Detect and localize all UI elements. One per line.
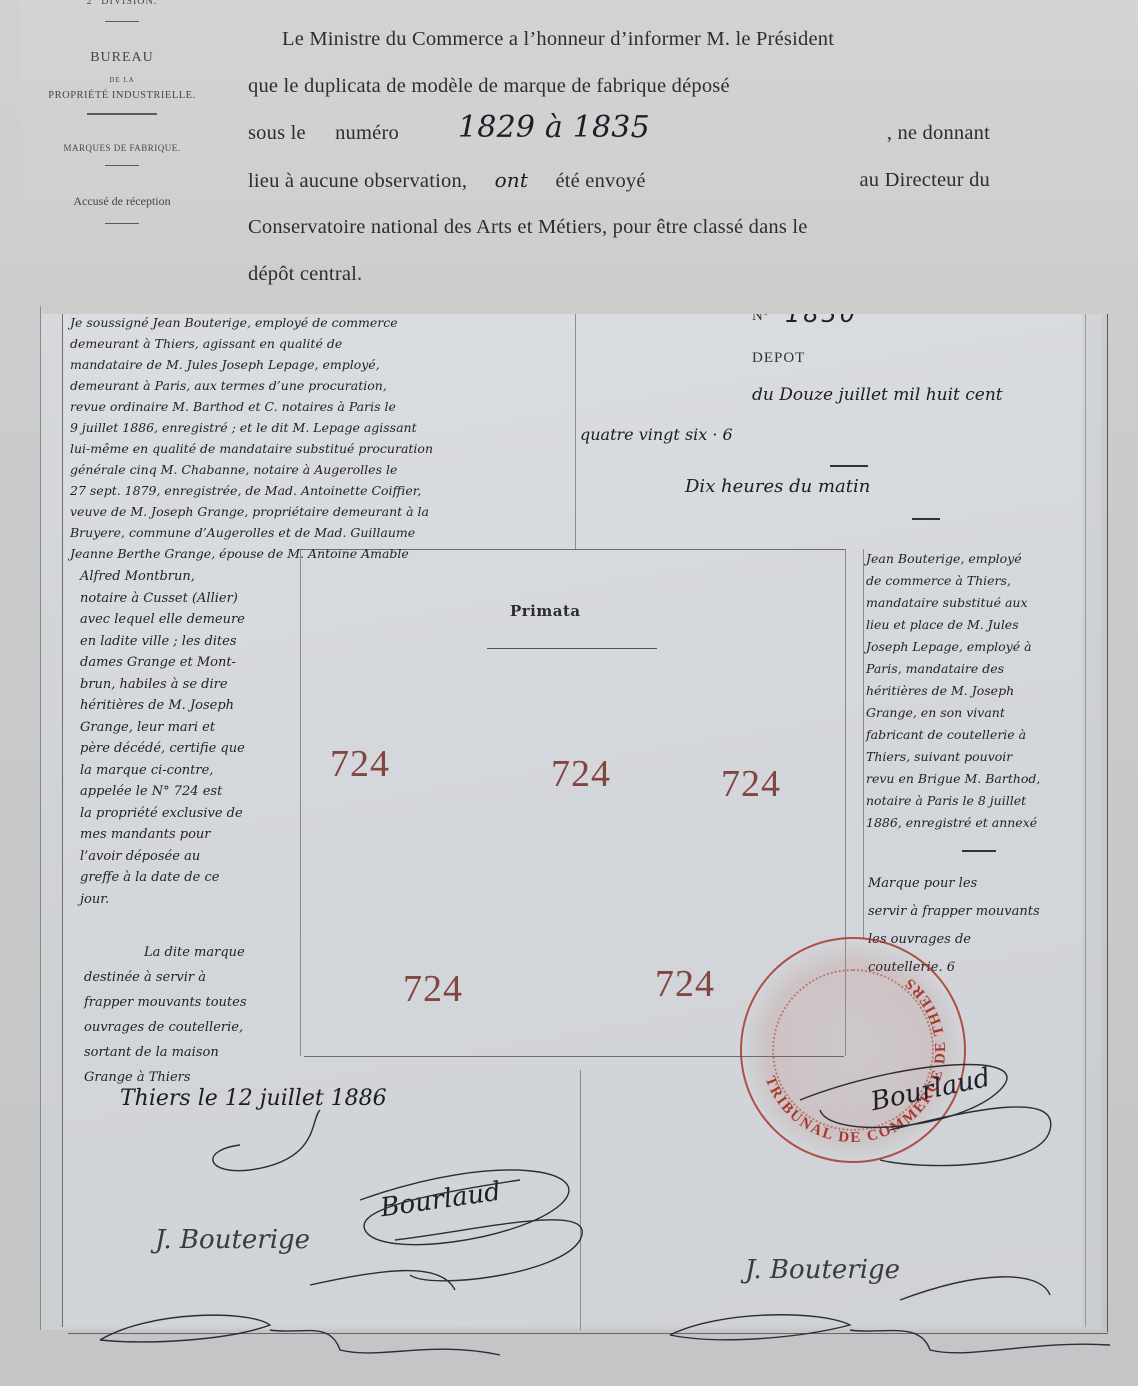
de-la-label: DE LA — [22, 76, 222, 84]
form-border-right — [1107, 292, 1108, 1332]
letterhead-rule-2 — [105, 165, 139, 166]
slip-body: Le Ministre du Commerce a l’honneur d’in… — [248, 16, 990, 298]
slip-line-5: Conservatoire national des Arts et Métie… — [248, 204, 990, 251]
mark-stamp-4: 724 — [403, 967, 463, 1011]
slip-letterhead: 2° DIVISION. BUREAU DE LA PROPRIÉTÉ INDU… — [22, 0, 222, 224]
top-left-box-divider — [575, 307, 576, 549]
mark-stamp-1: 724 — [330, 742, 390, 786]
depot-time: Dix heures du matin — [685, 476, 870, 497]
center-box-left — [300, 549, 301, 1056]
handwritten-ont: ont — [495, 168, 529, 192]
slip-line-2: que le duplicata de modèle de marque de … — [248, 63, 990, 110]
right-column-text: Jean Bouterige, employé de commerce à Th… — [866, 548, 1040, 834]
letterhead-rule — [105, 21, 139, 22]
mark-stamp-2: 724 — [551, 752, 611, 796]
depot-date-line1: du Douze juillet mil huit cent — [752, 385, 1003, 405]
primata-rule — [487, 648, 657, 649]
marques-label: MARQUES DE FABRIQUE. — [22, 143, 222, 153]
form-border-bottom — [68, 1333, 1108, 1334]
depot-dash — [830, 465, 868, 467]
seal-ring-text: TRIBUNAL DE COMMERCE DE THIERS — [742, 939, 964, 1161]
slip-line-4: lieu à aucune observation, ont été envoy… — [248, 157, 990, 204]
tribunal-seal: TRIBUNAL DE COMMERCE DE THIERS — [740, 937, 966, 1163]
slip-line-3: sous le numéro 1829 à 1835 , ne donnant — [248, 110, 990, 157]
right-dash — [962, 850, 996, 852]
depot-dash-2 — [912, 518, 940, 520]
mark-stamp-3: 724 — [721, 762, 781, 806]
division-label: 2° DIVISION. — [22, 0, 222, 7]
primata-label: Primata — [510, 602, 581, 620]
slip-line-1: Le Ministre du Commerce a l’honneur d’in… — [248, 16, 990, 63]
form-left-rule — [62, 307, 63, 1327]
depositor-signature-right: J. Bouterige — [745, 1255, 900, 1285]
accuse-label: Accusé de réception — [22, 194, 222, 209]
depositor-signature-left: J. Bouterige — [155, 1225, 310, 1255]
letterhead-rule-3 — [105, 223, 139, 224]
svg-text:TRIBUNAL DE COMMERCE DE THIERS: TRIBUNAL DE COMMERCE DE THIERS — [762, 974, 950, 1147]
mark-stamp-5: 724 — [655, 962, 715, 1006]
declaration-text: Je soussigné Jean Bouterige, employé de … — [70, 312, 433, 564]
depot-label: DEPOT — [752, 350, 805, 367]
right-column-rule — [863, 549, 864, 939]
depot-date-line2: quatre vingt six · 6 — [580, 425, 733, 444]
bureau-label: BUREAU — [22, 50, 222, 66]
left-column-text: Alfred Montbrun, notaire à Cusset (Allie… — [80, 566, 245, 910]
form-rule — [1085, 307, 1086, 1327]
signature-divider — [580, 1070, 581, 1330]
handwritten-range: 1829 à 1835 — [458, 104, 650, 151]
ornament-rule — [87, 113, 157, 115]
place-date: Thiers le 12 juillet 1886 — [120, 1086, 387, 1111]
slip-line-6: dépôt central. — [248, 251, 990, 298]
propriete-label: PROPRIÉTÉ INDUSTRIELLE. — [22, 90, 222, 101]
mark-description-left: La dite marque destinée à servir à frapp… — [84, 940, 247, 1090]
